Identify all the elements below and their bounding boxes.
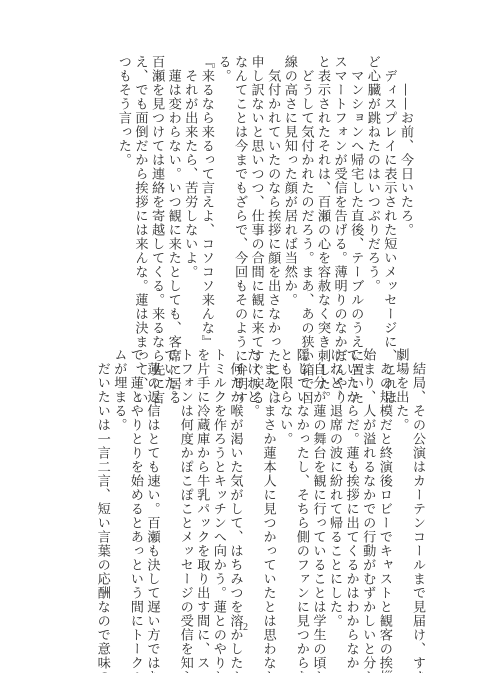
text-line: 劇場を出た。 (392, 348, 409, 616)
text-line: 自分が蓮の舞台を観に行っていることは学生の頃から (309, 348, 326, 616)
text-line: だいたいは一言二言、短い言葉の応酬なので意味のな (93, 348, 110, 616)
text-line: どうして気付かれたのだろう。まあ、あの狭い箱で目 (297, 55, 314, 323)
text-line: 始まり、人が溢れるなかでの行動がむずかしいと分かっ (359, 348, 376, 616)
text-line: ど心臓が跳ねたのはいつぶりだろう。 (363, 55, 380, 323)
text-line: ていた。 (160, 348, 177, 616)
text-line: 結局、その公演はカーテンコールまで見届け、すぐに (408, 348, 425, 616)
text-line: 気付かれていたのなら挨拶に顔を出さなかったことは (264, 55, 281, 323)
text-line: る。 (214, 55, 231, 323)
text-line: 申し訳ないと思いつつ、仕事の合間に観に来てすぐ戻る (247, 55, 264, 323)
text-block-lower: 結局、その公演はカーテンコールまで見届け、すぐに 劇場を出た。 あの規模だと終演… (93, 348, 425, 616)
text-line: と表示されたそれは、百瀬の心を容赦なく突き刺した。 (313, 55, 330, 323)
text-line: トミルクを作ろうとキッチンへ向かう。蓮とのやりとり (209, 348, 226, 616)
text-line: 線の高さに見知った顔が居れば当然か。 (280, 55, 297, 323)
text-line: 『来るなら来るって言えよ、コソコソ来んな』 (197, 55, 214, 323)
text-line: つもそう言った。 (114, 55, 131, 323)
text-line: え、でも面倒だから挨拶には来んな。蓮は決まって、い (131, 55, 148, 323)
text-line: けれど、退席の波に紛れて帰ることにした。 (325, 348, 342, 616)
text-line: 蓮の返信はとても速い。百瀬も決して遅い方ではないの (143, 348, 160, 616)
text-line: それが出来たら、苦労しないよ。 (181, 55, 198, 323)
text-line: で、蓮とやりとりを始めるとあっという間にトークルー (126, 348, 143, 616)
text-line: まあ、まさか蓮本人に見つかっていたとは思わなかっ (259, 348, 276, 616)
text-line: なんてことは今までもざらで、今回もそのように弁明す (230, 55, 247, 323)
text-line: を片手に冷蔵庫から牛乳パックを取り出す間に、スマー (193, 348, 210, 616)
page-number: 12 (0, 622, 480, 633)
text-line: スマートフォンが受信を告げる。薄明りのなかぼんやり (330, 55, 347, 323)
text-line: ディスプレイに表示された短いメッセージに、これほ (380, 55, 397, 323)
text-line: とも限らない。 (276, 348, 293, 616)
text-block-upper: ——お前、今日いたろ。 ディスプレイに表示された短いメッセージに、これほ ど心臓… (114, 55, 413, 323)
text-line: ——お前、今日いたろ。 (396, 55, 413, 323)
text-line: マンションへ帰宅した直後、テーブルのうえに置いた (347, 55, 364, 323)
text-line: ムが埋まる。 (110, 348, 127, 616)
text-line: トフォンは何度かぽこぽことメッセージの受信を知らせ (176, 348, 193, 616)
book-page: ——お前、今日いたろ。 ディスプレイに表示された短いメッセージに、これほ ど心臓… (0, 0, 480, 673)
text-line: あの規模だと終演後ロビーでキャストと観客の挨拶が (375, 348, 392, 616)
text-line: 蓮は変わらない。いつ観に来たとしても、客席に居る (164, 55, 181, 323)
text-line: 隠していなかったし、そちら側のファンに見つからない (292, 348, 309, 616)
text-line: たけれど。 (242, 348, 259, 616)
text-line: 何だか喉が渇いた気がして、はちみつを溶かしたホッ (226, 348, 243, 616)
text-line: 百瀬を見つけては連絡を寄越してくる。来るなら先に言 (148, 55, 165, 323)
text-line: ていたからだ。蓮も挨拶に出てくるかはわからなかった (342, 348, 359, 616)
